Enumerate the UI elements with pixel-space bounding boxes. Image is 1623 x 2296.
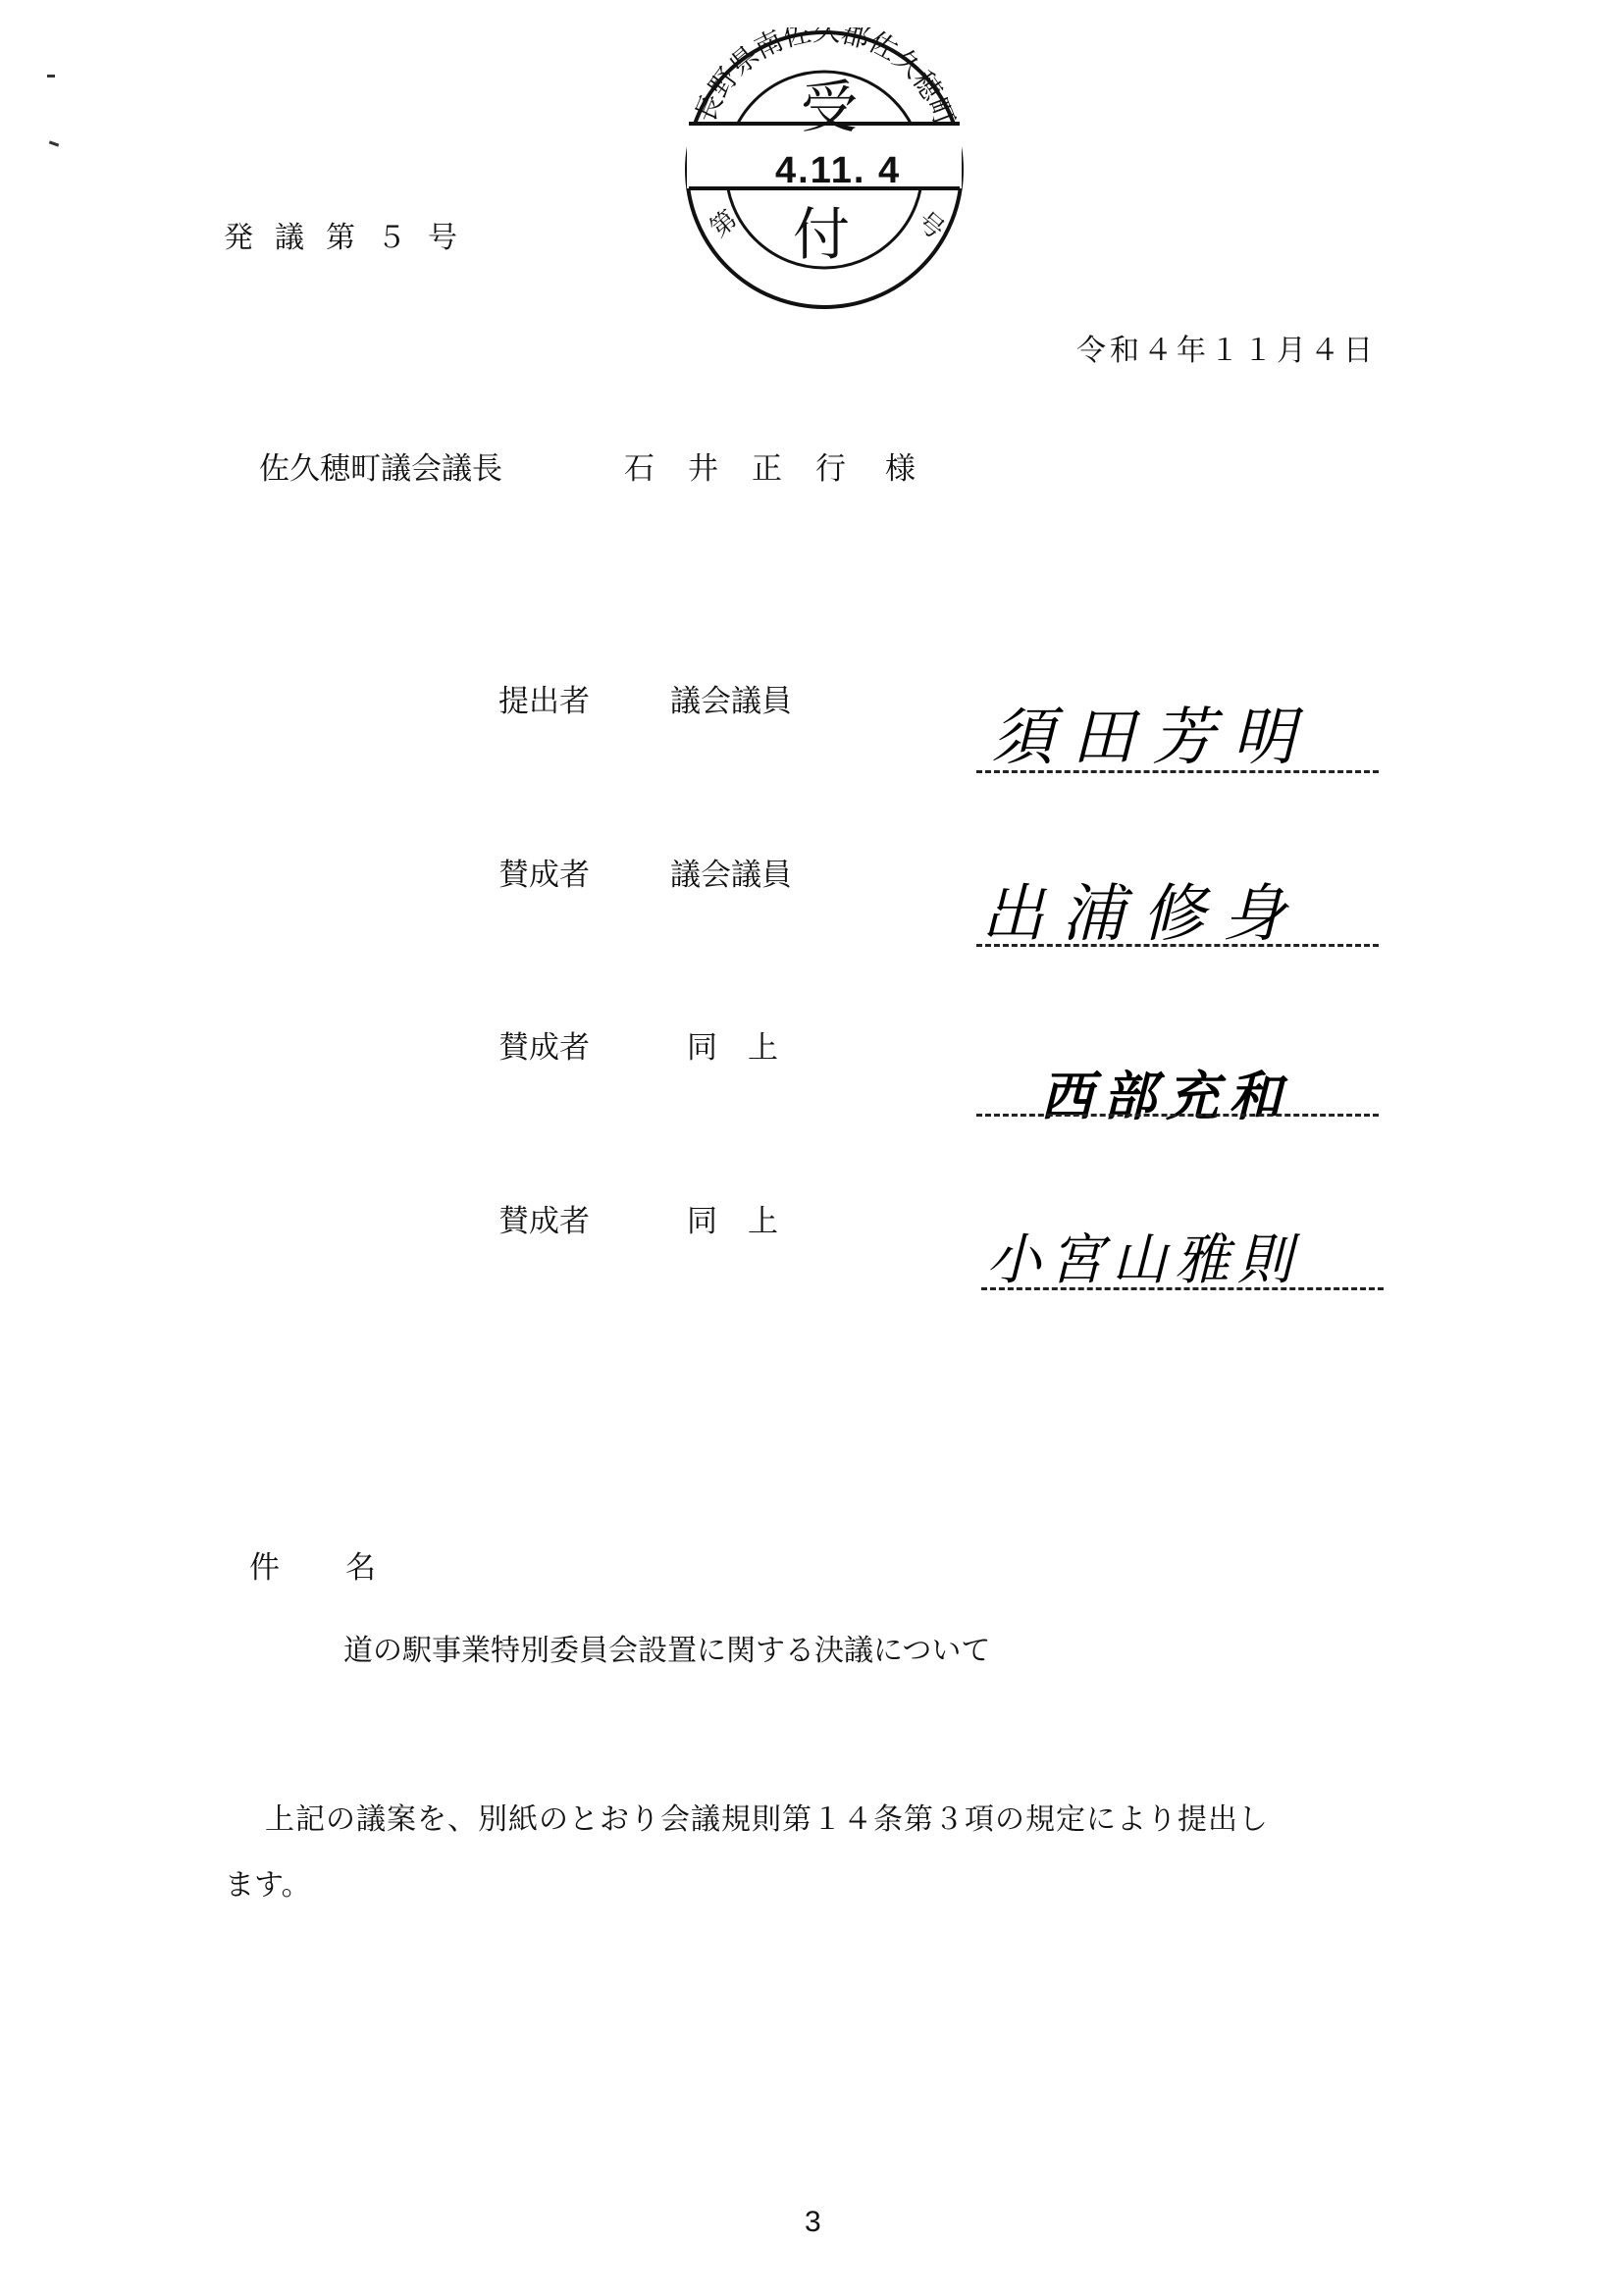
- signature-line: [981, 1287, 1384, 1290]
- document-date: 令和４年１１月４日: [1076, 337, 1377, 366]
- addressee-name: 石井正行: [624, 454, 879, 485]
- signatory-role: 賛成者: [498, 861, 590, 891]
- addressee-title: 佐久穂町議会議長: [259, 454, 502, 485]
- subject-title: 道の駅事業特別委員会設置に関する決議について: [343, 1637, 990, 1666]
- body-text-line: ます。: [225, 1871, 311, 1901]
- signature-line: [976, 770, 1379, 773]
- addressee-honorific: 様: [885, 454, 916, 485]
- signatory-role: 賛成者: [498, 1033, 590, 1064]
- signatory-affiliation: 同 上: [687, 1033, 778, 1064]
- signatory-role: 賛成者: [498, 1207, 590, 1237]
- body-text-line: 上記の議案を、別紙のとおり会議規則第１４条第３項の規定により提出し: [265, 1805, 1269, 1835]
- handwritten-signature: 須田芳明: [991, 687, 1313, 777]
- scan-speck: [49, 140, 59, 146]
- signatory-affiliation: 議会議員: [670, 861, 792, 891]
- signature-line: [976, 1114, 1379, 1117]
- signature-line: [976, 944, 1379, 947]
- signatory-role: 提出者: [498, 687, 590, 717]
- stamp-date: 4.11. 4: [775, 152, 901, 189]
- page-number: 3: [805, 2206, 821, 2239]
- scan-speck: [47, 75, 55, 78]
- stamp-ring-text-left: 第: [705, 205, 743, 244]
- document-number: 発議第５号: [224, 224, 479, 253]
- signatory-affiliation: 同 上: [687, 1207, 778, 1237]
- stamp-top-char: 受: [801, 78, 858, 135]
- stamp-bottom-char: 付: [793, 206, 850, 263]
- subject-label: 件 名: [249, 1553, 393, 1584]
- handwritten-signature: 西部充和: [1040, 1055, 1291, 1130]
- handwritten-signature: 出浦修身: [981, 863, 1303, 954]
- signatory-affiliation: 議会議員: [670, 687, 792, 717]
- handwritten-signature: 小宮山雅則: [986, 1217, 1300, 1295]
